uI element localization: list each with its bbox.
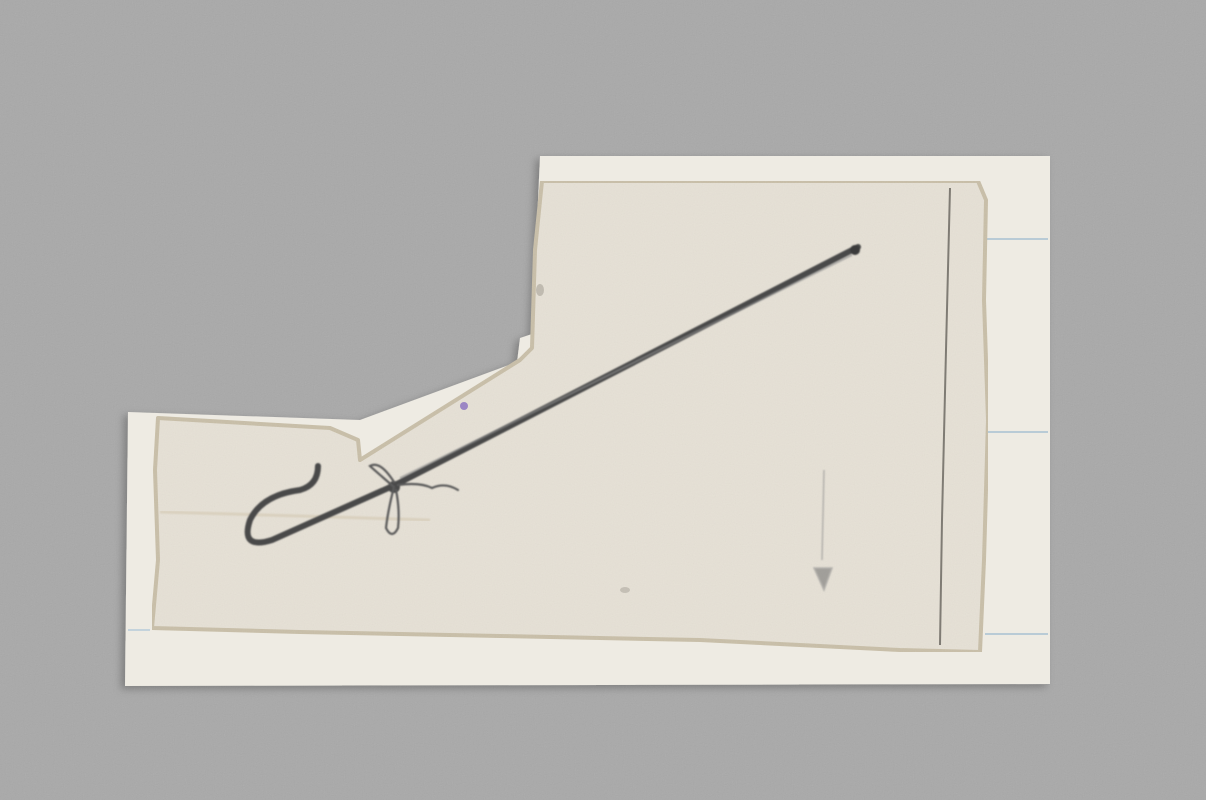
smudge <box>536 284 544 296</box>
crook-tip <box>850 245 860 255</box>
photo-scene <box>0 0 1206 800</box>
ink-dot <box>460 402 468 410</box>
smudge <box>620 587 630 593</box>
